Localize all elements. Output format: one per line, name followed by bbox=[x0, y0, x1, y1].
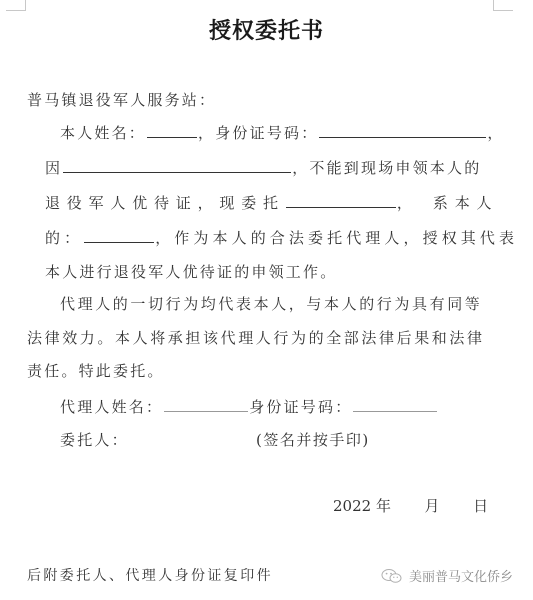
attachment-note: 后附委托人、代理人身份证复印件 bbox=[27, 566, 273, 586]
principal-id-label: ，身份证号码： bbox=[198, 124, 318, 142]
paragraph1-line2: 因，不能到现场申领本人的 bbox=[45, 158, 481, 178]
principal-label: 委托人： bbox=[60, 430, 129, 450]
agent-name-blank[interactable] bbox=[164, 397, 248, 412]
delegate-name-blank[interactable] bbox=[286, 193, 396, 208]
comma: ， bbox=[487, 124, 504, 142]
reason-text: ，不能到现场申领本人的 bbox=[292, 159, 481, 177]
principal-name-label: 本人姓名： bbox=[60, 124, 146, 142]
paragraph1-line5: 本人进行退役军人优待证的申领工作。 bbox=[45, 262, 337, 282]
principal-id-blank[interactable] bbox=[319, 123, 486, 138]
date-day-unit: 日 bbox=[473, 495, 488, 516]
agent-id-label: 身份证号码： bbox=[249, 398, 352, 416]
paragraph2-line2: 法律效力。本人将承担该代理人行为的全部法律后果和法律 bbox=[27, 328, 485, 348]
agent-id-blank[interactable] bbox=[353, 397, 437, 412]
date-line: 2022 年 月 日 bbox=[333, 495, 488, 516]
principal-name-blank[interactable] bbox=[147, 123, 197, 138]
reason-blank[interactable] bbox=[63, 158, 291, 173]
relation-blank[interactable] bbox=[84, 228, 154, 243]
wechat-icon bbox=[381, 568, 403, 584]
signature-note: (签名并按手印) bbox=[256, 430, 370, 450]
relation-label: ， 系本人 bbox=[397, 194, 499, 212]
relation-prefix: 的： bbox=[45, 229, 83, 247]
watermark: 美丽普马文化侨乡 bbox=[381, 566, 513, 585]
agent-name-label: 代理人姓名： bbox=[60, 398, 163, 416]
paragraph1-line3: 退役军人优待证，现委托， 系本人 bbox=[45, 193, 498, 213]
paragraph2-line3: 责任。特此委托。 bbox=[27, 361, 165, 381]
date-year: 2022 bbox=[333, 497, 371, 515]
document-title: 授权委托书 bbox=[0, 14, 533, 45]
authorization-text: ，作为本人的合法委托代理人，授权其代表 bbox=[155, 229, 518, 247]
delegate-label: 退役军人优待证，现委托 bbox=[45, 194, 285, 212]
paragraph1-line1: 本人姓名：，身份证号码：， bbox=[60, 123, 505, 143]
addressee: 普马镇退役军人服务站： bbox=[27, 90, 216, 110]
paragraph1-line4: 的：，作为本人的合法委托代理人，授权其代表 bbox=[45, 228, 518, 248]
date-month-unit: 月 bbox=[425, 495, 440, 516]
reason-label: 因 bbox=[45, 159, 62, 177]
date-year-unit: 年 bbox=[376, 495, 391, 516]
watermark-text: 美丽普马文化侨乡 bbox=[409, 566, 513, 585]
page-corner-mark-top-right bbox=[493, 0, 513, 11]
paragraph2-line1: 代理人的一切行为均代表本人，与本人的行为具有同等 bbox=[60, 294, 482, 314]
page-corner-mark-top-left bbox=[6, 0, 26, 11]
agent-info-line: 代理人姓名：身份证号码： bbox=[60, 397, 438, 417]
